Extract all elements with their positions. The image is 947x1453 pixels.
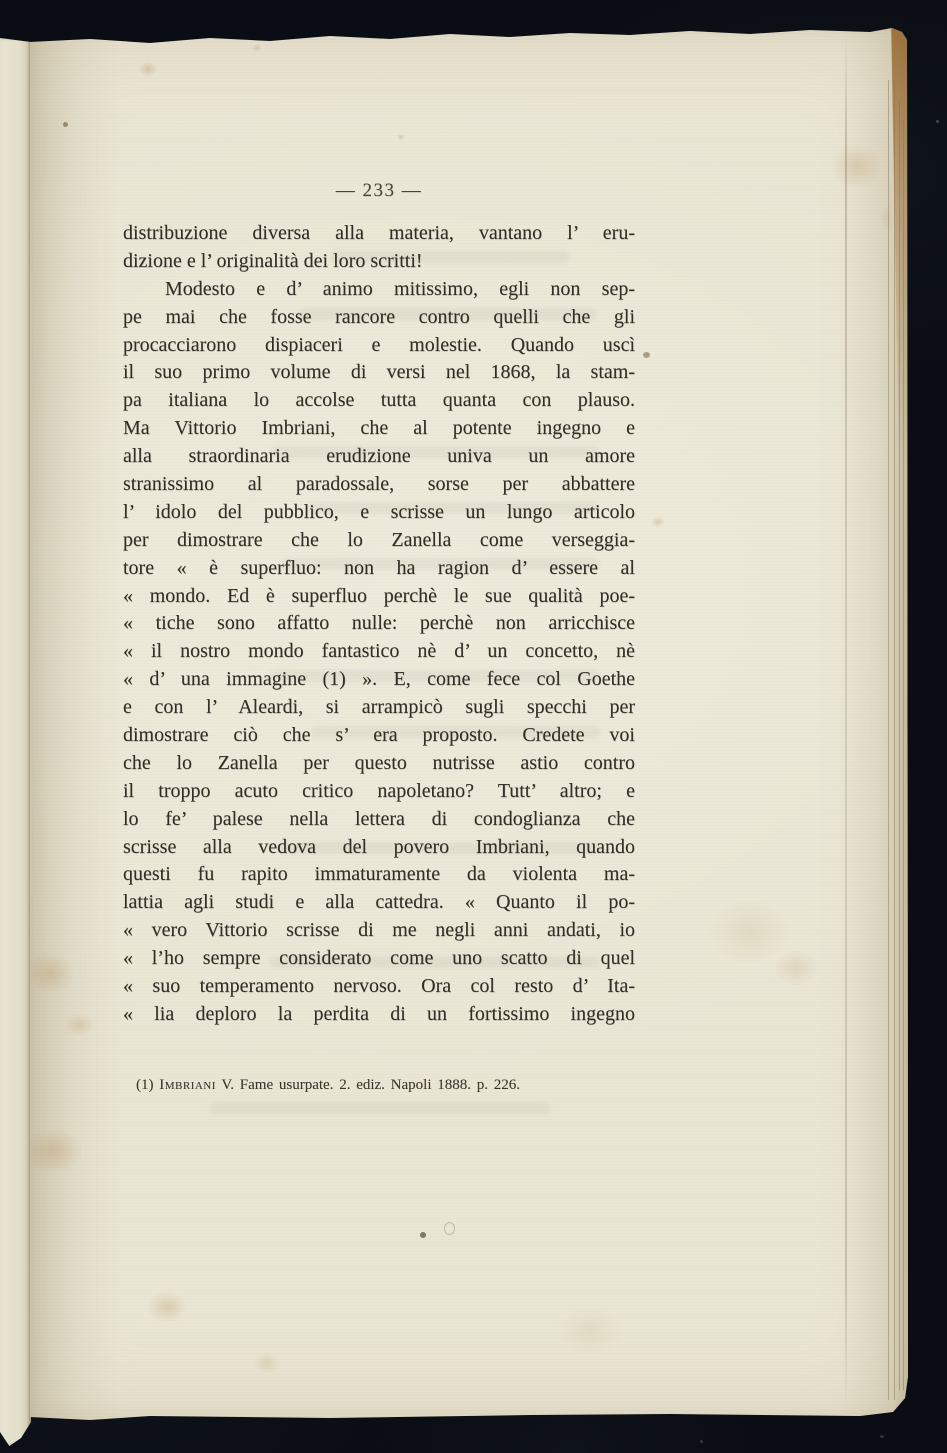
footnote-citation: V. Fame usurpate. 2. ediz. Napoli 1888. … <box>221 1077 520 1093</box>
fleck <box>63 122 68 127</box>
text-line: Ma Vittorio Imbriani, che al potente ing… <box>123 415 635 443</box>
footnote: (1) Imbriani V. Fame usurpate. 2. ediz. … <box>136 1077 606 1094</box>
fleck <box>444 1222 455 1235</box>
scanned-book-photo: — 233 — distribuzione diversa alla mater… <box>0 0 947 1453</box>
stain <box>248 1348 286 1378</box>
footnote-author: Imbriani <box>159 1077 216 1093</box>
stain <box>92 1412 138 1442</box>
footnote-marker: (1) <box>136 1077 154 1093</box>
stain <box>542 1296 638 1366</box>
stain <box>58 1008 100 1042</box>
fleck <box>420 1232 426 1238</box>
body-text: distribuzione diversa alla materia, vant… <box>123 220 635 1029</box>
text-line: dimostrare ciò che s’ era proposto. Cred… <box>123 722 635 750</box>
stain <box>690 886 810 978</box>
text-line: l’ idolo del pubblico, e scrisse un lung… <box>123 499 635 527</box>
text-line: che lo Zanella per questo nutrisse astio… <box>123 750 635 778</box>
text-line: procacciarono dispiaceri e molestie. Qua… <box>123 332 635 360</box>
dust-speck <box>700 1440 703 1443</box>
text-line: il troppo acuto critico napoletano? Tutt… <box>123 778 635 806</box>
stain <box>135 58 161 80</box>
text-line: « tiche sono affatto nulle: perchè non a… <box>123 610 635 638</box>
text-line: stranissimo al paradossale, sorse per ab… <box>123 471 635 499</box>
stain <box>395 132 407 142</box>
page-number: — 233 — <box>123 180 635 202</box>
text-line: Modesto e d’ animo mitissimo, egli non s… <box>123 276 635 304</box>
stain <box>250 42 264 54</box>
page-edge-line <box>888 80 889 1400</box>
text-line: lo fe’ palese nella lettera di condoglia… <box>123 806 635 834</box>
text-line: « il nostro mondo fantastico nè d’ un co… <box>123 638 635 666</box>
text-line: per dimostrare che lo Zanella come verse… <box>123 527 635 555</box>
stain <box>648 514 668 530</box>
book-page: — 233 — distribuzione diversa alla mater… <box>30 26 908 1420</box>
text-line: lattia agli studi e alla cattedra. « Qua… <box>123 889 635 917</box>
text-line: « vero Vittorio scrisse di me negli anni… <box>123 917 635 945</box>
stain <box>138 1284 196 1330</box>
text-line: scrisse alla vedova del povero Imbriani,… <box>123 834 635 862</box>
text-line: « mondo. Ed è superfluo perchè le sue qu… <box>123 583 635 611</box>
text-line: « l’ho sempre considerato come uno scatt… <box>123 945 635 973</box>
text-line: alla straordinaria erudizione univa un a… <box>123 443 635 471</box>
text-line: distribuzione diversa alla materia, vant… <box>123 220 635 248</box>
page-edge-left <box>0 38 31 1446</box>
text-line: pe mai che fosse rancore contro quelli c… <box>123 304 635 332</box>
bleed-through-smudge <box>210 1102 550 1114</box>
page-edge-line <box>894 80 895 1400</box>
fleck <box>643 352 650 358</box>
page-crease-line <box>845 36 847 1412</box>
dust-speck <box>880 1435 884 1438</box>
text-line: « suo temperamento nervoso. Ora col rest… <box>123 973 635 1001</box>
text-line: il suo primo volume di versi nel 1868, l… <box>123 359 635 387</box>
text-line: questi fu rapito immaturamente da violen… <box>123 861 635 889</box>
stain <box>764 942 828 994</box>
text-line: tore « è superfluo: non ha ragion d’ ess… <box>123 555 635 583</box>
dust-speck <box>936 120 939 123</box>
text-line: pa italiana lo accolse tutta quanta con … <box>123 387 635 415</box>
text-line: e con l’ Aleardi, si arrampicò sugli spe… <box>123 694 635 722</box>
text-line: « lia deploro la perdita di un fortissim… <box>123 1001 635 1029</box>
text-line: « d’ una immagine (1) ». E, come fece co… <box>123 666 635 694</box>
text-line: dizione e l’ originalità dei loro scritt… <box>123 248 635 276</box>
